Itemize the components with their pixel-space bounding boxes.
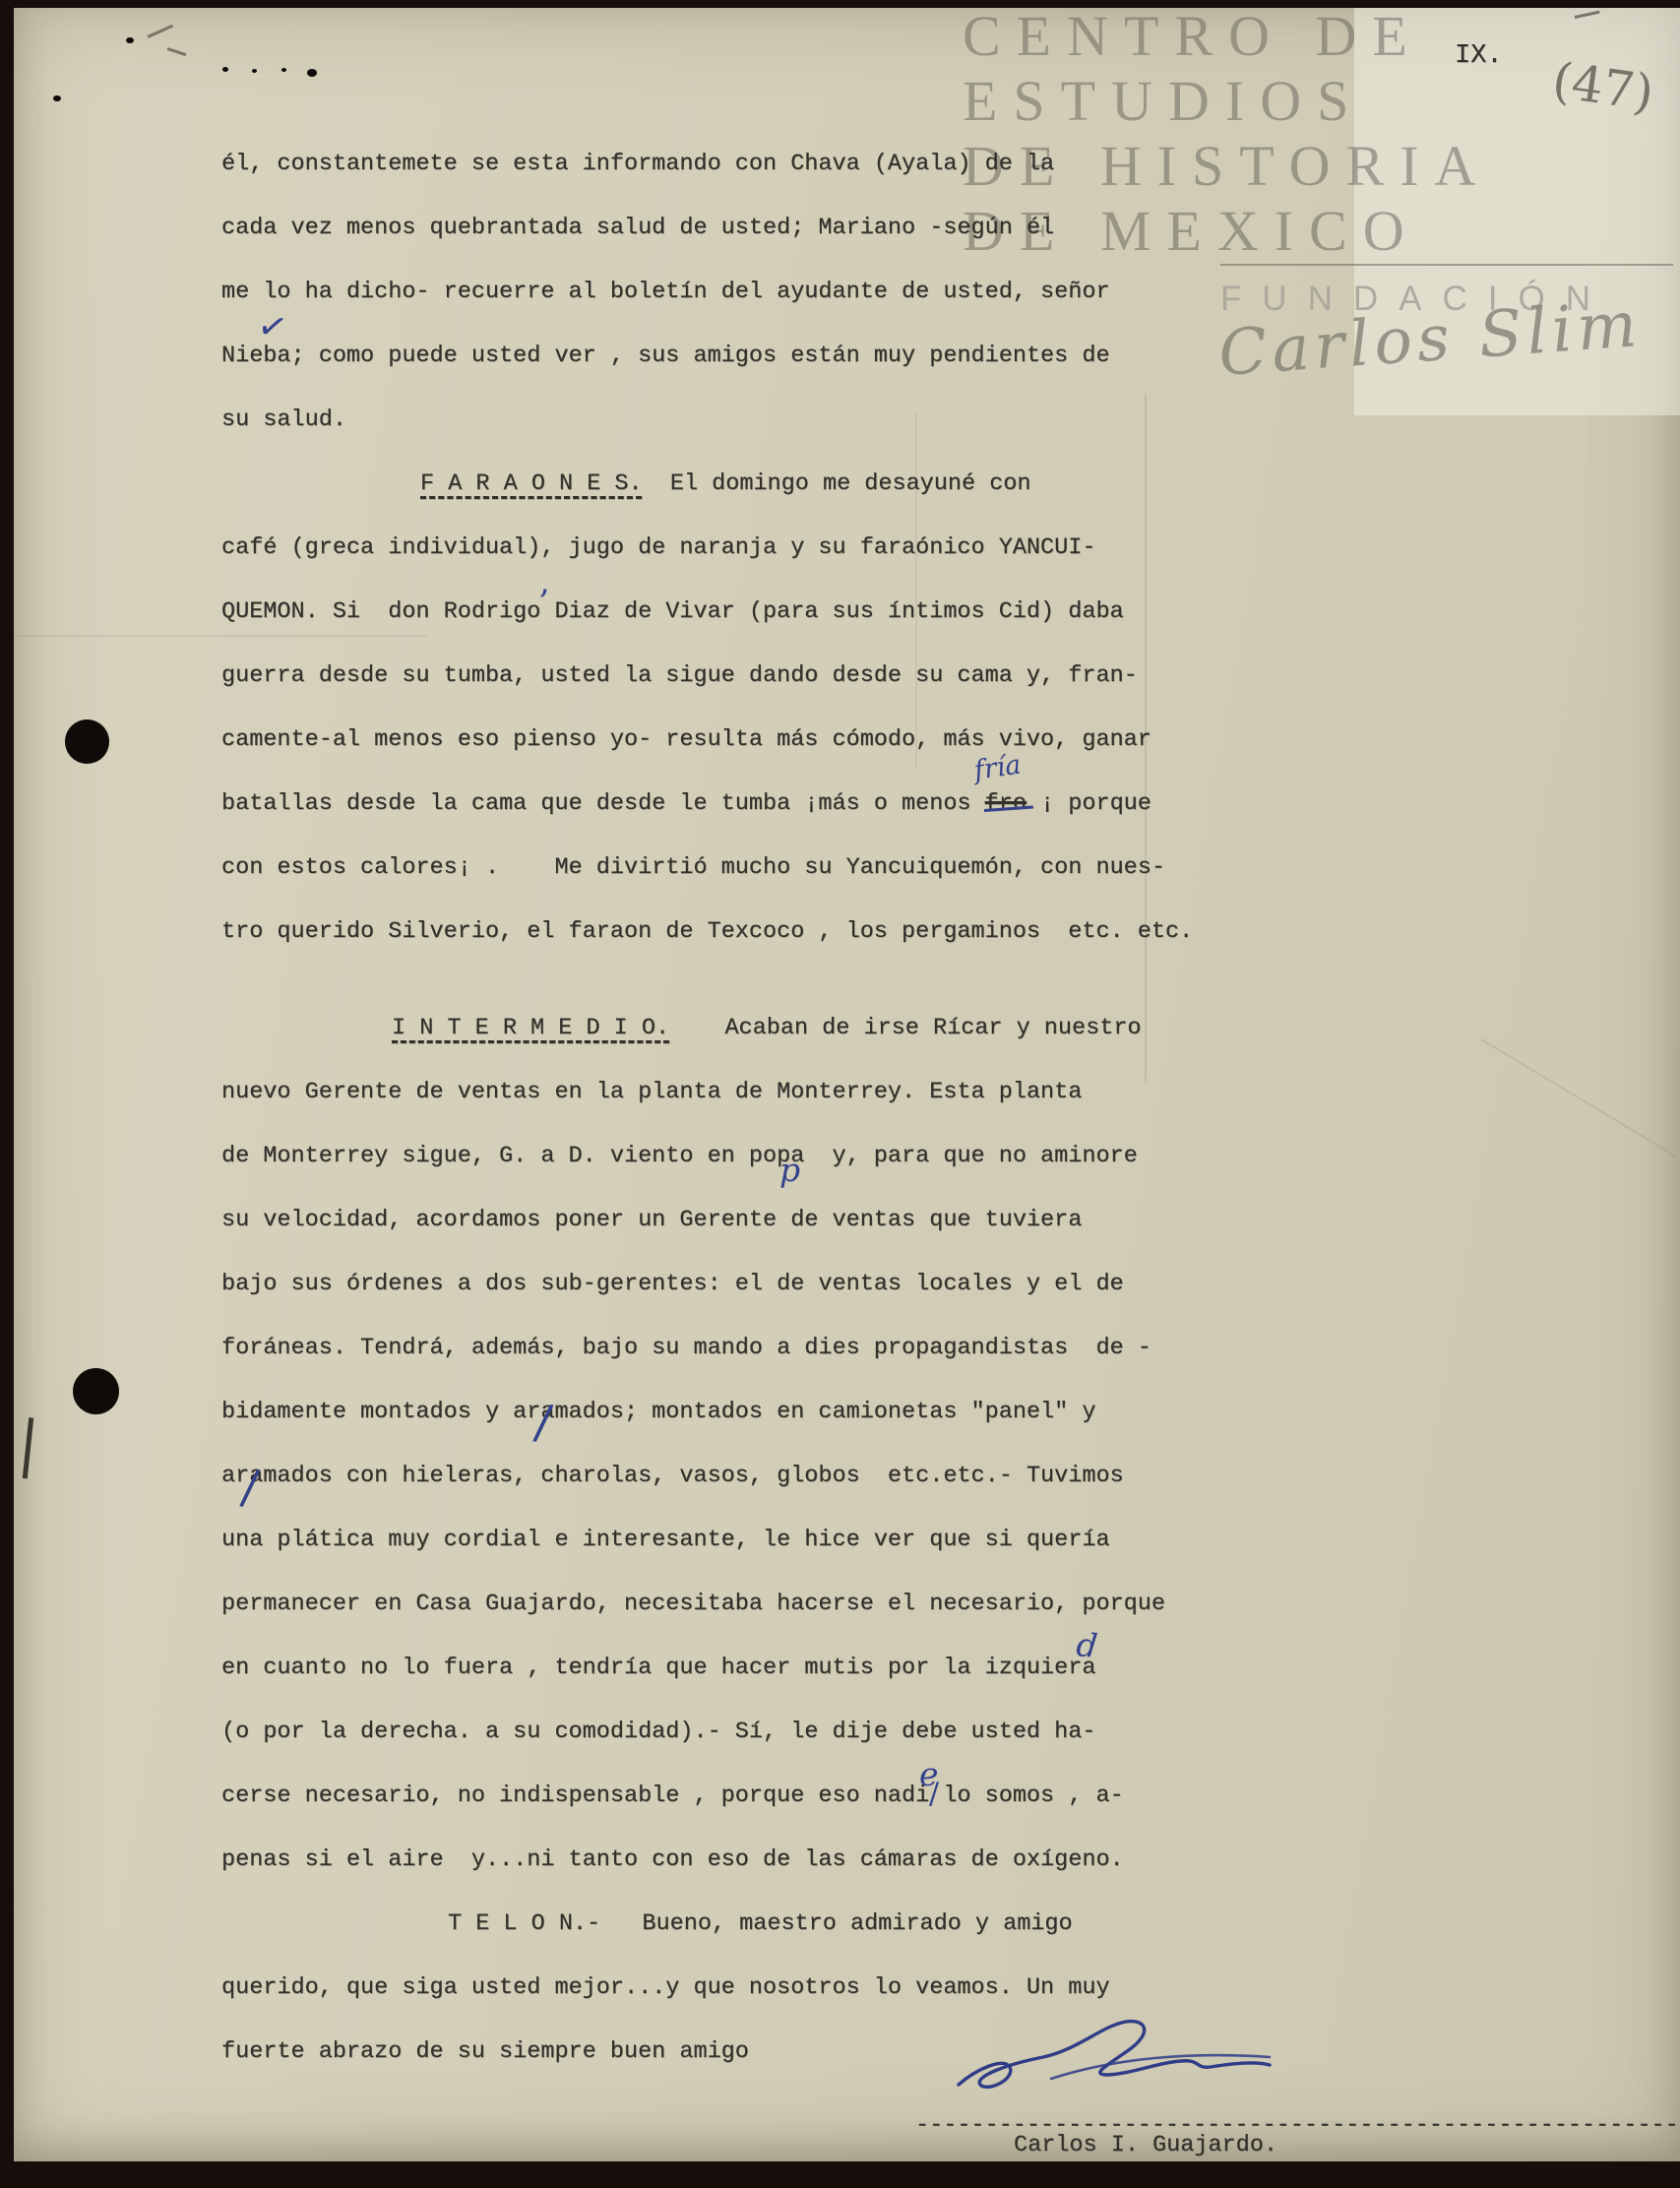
typed-line: QUEMON. Si don Rodrigo Diaz de Vivar (pa… [221, 580, 1193, 644]
typed-text-segment: con estos calores¡ . Me divirtió mucho s… [221, 854, 1165, 881]
typed-line: guerra desde su tumba, usted la sigue da… [221, 644, 1193, 708]
typed-text-segment: permanecer en Casa Guajardo, necesitaba … [221, 1591, 1165, 1617]
typed-text-segment: penas si el aire y...ni tanto con eso de… [221, 1846, 1124, 1873]
typed-text-segment: bidamente montados y aramados; montados … [221, 1399, 1095, 1425]
underlined-heading: F A R A O N E S. [420, 470, 643, 497]
typed-text-segment: bajo sus órdenes a dos sub-gerentes: el … [221, 1271, 1124, 1297]
typed-line: su salud. [221, 388, 1193, 452]
typed-text-segment: Nieba; como puede usted ver , sus amigos… [221, 343, 1110, 369]
typed-text-segment: cada vez menos quebrantada salud de uste… [221, 215, 1054, 241]
typed-line: (o por la derecha. a su comodidad).- Sí,… [221, 1700, 1193, 1764]
typed-line: penas si el aire y...ni tanto con eso de… [221, 1828, 1193, 1892]
typed-lines: él, constantemete se esta informando con… [221, 132, 1193, 2084]
typed-line: aramados con hieleras, charolas, vasos, … [221, 1444, 1193, 1508]
typed-line: bidamente montados y aramados; montados … [221, 1380, 1193, 1444]
signature-typed-name: Carlos I. Guajardo. [1014, 2134, 1277, 2157]
typed-line: foráneas. Tendrá, además, bajo su mando … [221, 1316, 1193, 1380]
paper-speck [281, 68, 286, 72]
typed-line: nuevo Gerente de ventas en la planta de … [221, 1060, 1193, 1124]
watermark-divider [1220, 264, 1673, 266]
typed-text-segment: camente-al menos eso pienso yo- resulta … [221, 726, 1151, 753]
typed-line: en cuanto no lo fuera , tendría que hace… [221, 1636, 1193, 1700]
typed-text-segment: batallas desde la cama que desde le tumb… [221, 790, 985, 817]
typed-line: querido, que siga usted mejor...y que no… [221, 1956, 1193, 2020]
typed-text-segment: aramados con hieleras, charolas, vasos, … [221, 1463, 1124, 1489]
underlined-heading: I N T E R M E D I O. [392, 1015, 669, 1041]
typed-text-segment: me lo ha dicho- recuerre al boletín del … [221, 279, 1110, 305]
typed-text-segment: él, constantemete se esta informando con… [221, 151, 1054, 177]
typed-text-segment: de Monterrey sigue, G. a D. viento en po… [221, 1143, 1138, 1169]
typed-line: su velocidad, acordamos poner un Gerente… [221, 1188, 1193, 1252]
typed-text-segment: (o por la derecha. a su comodidad).- Sí,… [221, 1719, 1095, 1745]
typed-line: I N T E R M E D I O. Acaban de irse Ríca… [221, 996, 1193, 1060]
pencil-page-number: (47) [1550, 55, 1657, 118]
photo-background: CENTRO DEESTUDIOSDE HISTORIADE MEXICO FU… [0, 0, 1680, 2188]
typed-text-segment: en cuanto no lo fuera , tendría que hace… [221, 1655, 1095, 1681]
typed-line: camente-al menos eso pienso yo- resulta … [221, 708, 1193, 772]
typed-line: permanecer en Casa Guajardo, necesitaba … [221, 1572, 1193, 1636]
struck-word: fro [985, 790, 1027, 817]
typed-line: él, constantemete se esta informando con… [221, 132, 1193, 196]
typed-line: Nieba; como puede usted ver , sus amigos… [221, 324, 1193, 388]
typed-line: batallas desde la cama que desde le tumb… [221, 772, 1193, 836]
fria-correction: fría [972, 752, 1023, 784]
typed-text-segment: su salud. [221, 406, 346, 433]
typed-text-segment: fuerte abrazo de su siempre buen amigo [221, 2038, 749, 2065]
watermark-line: ESTUDIOS [963, 69, 1491, 134]
paper-speck [252, 69, 257, 73]
typed-line: F A R A O N E S. El domingo me desayuné … [221, 452, 1193, 516]
typed-line: tro querido Silverio, el faraon de Texco… [221, 900, 1193, 964]
typed-line: me lo ha dicho- recuerre al boletín del … [221, 260, 1193, 324]
typed-text-segment: QUEMON. Si don Rodrigo Diaz de Vivar (pa… [221, 598, 1124, 625]
typed-text-segment: T E L O N.- Bueno, maestro admirado y am… [448, 1910, 1073, 1937]
typed-line: de Monterrey sigue, G. a D. viento en po… [221, 1124, 1193, 1188]
typed-line: T E L O N.- Bueno, maestro admirado y am… [221, 1892, 1193, 1956]
typed-line: cada vez menos quebrantada salud de uste… [221, 196, 1193, 260]
typed-text-segment: ¡ porque [1027, 790, 1151, 817]
typed-line: con estos calores¡ . Me divirtió mucho s… [221, 836, 1193, 900]
punch-hole [65, 719, 109, 764]
typed-line: bajo sus órdenes a dos sub-gerentes: el … [221, 1252, 1193, 1316]
typed-text-segment: querido, que siga usted mejor...y que no… [221, 1974, 1110, 2001]
typed-text-segment: café (greca individual), jugo de naranja… [221, 534, 1095, 561]
typed-text-segment: tro querido Silverio, el faraon de Texco… [221, 918, 1193, 945]
popa-p-correction: p [779, 1154, 800, 1186]
punch-hole [73, 1368, 119, 1414]
typed-line: cerse necesario, no indispensable , porq… [221, 1764, 1193, 1828]
typed-text-segment: nuevo Gerente de ventas en la planta de … [221, 1079, 1082, 1105]
paper-speck [222, 67, 228, 72]
signature-ink [953, 2014, 1277, 2127]
typed-line: una plática muy cordial e interesante, l… [221, 1508, 1193, 1572]
izquierda-d-correction: d [1075, 1628, 1098, 1662]
greca-comma-mark: , [539, 565, 550, 598]
typed-text-segment: Acaban de irse Rícar y nuestro [669, 1015, 1141, 1041]
typed-text-segment: su velocidad, acordamos poner un Gerente… [221, 1207, 1082, 1233]
typed-text-segment: una plática muy cordial e interesante, l… [221, 1527, 1110, 1553]
typed-text-segment: guerra desde su tumba, usted la sigue da… [221, 662, 1138, 689]
typed-text-segment: cerse necesario, no indispensable , porq… [221, 1782, 1124, 1809]
typed-line: café (greca individual), jugo de naranja… [221, 516, 1193, 580]
paper-speck [307, 69, 317, 77]
page-number-roman: IX. [1455, 43, 1503, 70]
typed-text-segment: foráneas. Tendrá, además, bajo su mando … [221, 1335, 1151, 1361]
watermark-line: CENTRO DE [963, 4, 1491, 69]
nadie-slash: / [929, 1780, 939, 1809]
typed-text-segment: El domingo me desayuné con [643, 470, 1031, 497]
